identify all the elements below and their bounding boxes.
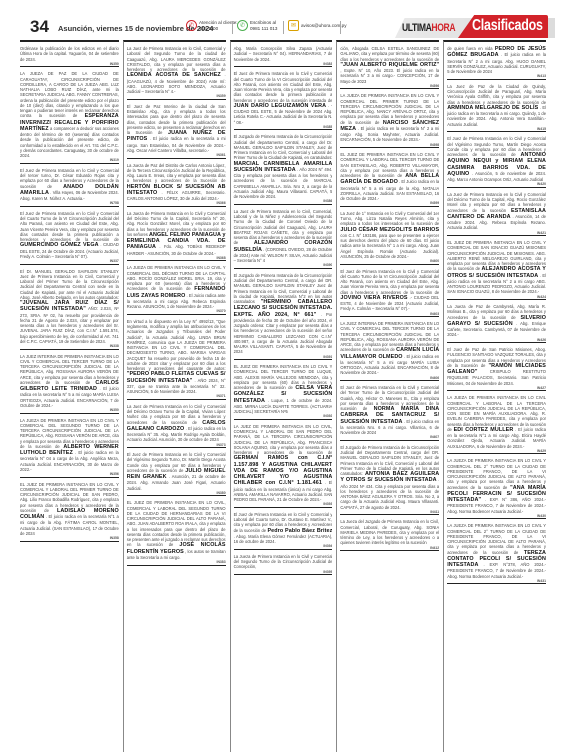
legal-notice: El Juzgado de Primera Instancia de la Ci… (234, 133, 333, 205)
email-contact[interactable]: ✉ avisos@uhora.com.py (288, 20, 347, 31)
legal-notice: La Jueza de Primera Instancia en lo Civi… (127, 210, 226, 262)
notice-code: IN407 (340, 435, 439, 441)
notice-code: IN358 (20, 536, 119, 542)
notice-code: IN392 (234, 414, 333, 420)
notice-body: ción, Abogada CELSA ESTELA SANGUINEZ DE … (340, 46, 439, 62)
contact-label: Escribinos al (250, 20, 276, 25)
notice-code: IN366 (127, 201, 226, 207)
notice-body: con C.I. N° 193186, para que se presente… (340, 233, 439, 259)
legal-notice: La Juez de Primera Instancia en lo Civil… (234, 208, 333, 269)
notice-code: IN383 (234, 62, 333, 68)
legal-notice: El Juzgado de Primera Instancia de la Ci… (234, 272, 333, 360)
notice-code: IN373 (127, 443, 226, 449)
notice-code: IN368 (127, 256, 226, 262)
column-3: Abg. María Concepción Silva Zapata (Actu… (230, 40, 333, 752)
customer-service-contact[interactable]: ✆ Atención al cliente:415 7000 (186, 20, 238, 31)
column-4: ción, Abogada CELSA ESTELA SANGUINEZ DE … (336, 40, 439, 752)
notice-code: IN431 (447, 579, 546, 585)
notice-code: IN412 (340, 546, 439, 552)
notice-code: IN386 (234, 199, 333, 205)
notice-code: IN383 (127, 560, 226, 566)
notice-code: IN337 (20, 259, 119, 265)
whatsapp-contact[interactable]: ✆ Escribinos al0981 111 013 (237, 20, 277, 31)
legal-notice: La Jueza de Primera Instancia en lo Civi… (234, 553, 333, 575)
legal-notice: El Juzgado de Primera Instancia de la Ci… (340, 444, 439, 516)
notice-code: IN420 (447, 182, 546, 188)
divider (232, 21, 233, 34)
notice-body: de quien fuera en vida (447, 46, 492, 51)
legal-notice: LA JUEZ INTERINA DE PRIMERA INSTANCIA EN… (340, 320, 439, 381)
notice-body: La Jueza de Primera Instancia en lo Civi… (234, 554, 333, 570)
legal-notice: Abg. María Concepción Silva Zapata (Actu… (234, 45, 333, 67)
legal-notice: LA JUEZA DE PRIMERA INSTANCIA EN LO CIVI… (20, 417, 119, 478)
notice-code: IN370 (127, 309, 226, 315)
legal-notice: LA JUEZA DE PRIMERA INSTANCIA EN LO CIVI… (340, 92, 439, 148)
contact-value: 0981 111 013 (250, 26, 277, 31)
notice-code: IN415 (447, 127, 546, 133)
notice-code: IN413 (447, 74, 546, 80)
notice-code: IN350 (20, 408, 119, 414)
legal-notice: La Juez de Primera Instancia en lo Civil… (447, 191, 546, 236)
legal-notice: LA JUEZA DE PRIMERA INSTANCIA EN LO CIVI… (127, 264, 226, 315)
notice-body: La Juez de Paz de la Ciudad de Quindy, C… (447, 84, 546, 105)
legal-notice: La Juez de Primera Instancia en lo Civil… (127, 403, 226, 448)
column-2: La Juez de Primera Instancia en lo Civil… (123, 40, 226, 752)
notice-code: IN398 (340, 143, 439, 149)
page-header: 34 Asunción, viernes 15 de noviembre de … (0, 0, 580, 40)
legal-notice: EL JUEZ DE PRIMERA INSTANCIA EN LO CIVIL… (447, 239, 546, 300)
classifieds-columns: Ordénase la publicación de los edictos e… (20, 40, 546, 752)
notice-code: IN359 (127, 94, 226, 100)
notice-body: El Dr. MANUEL GERALDO SAIFILDIN STANLEY … (20, 269, 119, 300)
notice-code: IN319 (20, 158, 119, 164)
notice-code: IN426 (447, 338, 546, 344)
divider (283, 21, 284, 34)
legal-notice: El Juez de Paz Interino de la ciudad de … (127, 103, 226, 159)
deceased-name: ARMINDA MELGAREJO DE SOLÍS (447, 105, 538, 111)
notice-code: IN430 (447, 514, 546, 520)
legal-notice: El Juez de Paz de San Patricio Misiones,… (447, 346, 546, 391)
divider (340, 21, 341, 34)
legal-notice: LA JUEZ INTERINA DE PRIMERA INSTANCIA EN… (20, 353, 119, 414)
legal-notice: LA JUEZ DE PRIMERA INSTANCIA EN LO CIVIL… (234, 423, 333, 508)
legal-notice: La Jueza de Paz de Cambyretá, Abg. María… (447, 303, 546, 343)
legal-notice: LA JUEZA DE PRIMERA INSTANCIA EN LO CIVI… (447, 457, 546, 519)
notice-body: , Expte. N° 10, Año 2023. El juicio radi… (340, 68, 439, 84)
legal-notice: La Jueza del Juzgado de Primera Instanci… (340, 518, 439, 551)
column-1: Ordénase la publicación de los edictos e… (20, 40, 119, 752)
notice-code: IN371 (127, 394, 226, 400)
legal-notice: EL JUEZ DE PRIMERA INSTANCIA EN LO CIVIL… (234, 363, 333, 420)
legal-notice: El Juez de Primera Instancia en lo Civil… (127, 451, 226, 496)
deceased-name: GUMERCINDO GÓMEZ VEGA (20, 242, 99, 248)
legal-notice: La Juez de 1° Instancia en lo Civil y Co… (340, 210, 439, 265)
notice-body: El Juez de Primera Instancia en lo Civil… (340, 269, 439, 295)
legal-notice: El Juez de Primera Instancia en lo Civil… (340, 384, 439, 441)
legal-notice: ción, Abogada CELSA ESTELA SANGUINEZ DE … (340, 45, 439, 89)
column-5: de quien fuera en vida PEDRO DE JESÚS GÓ… (443, 40, 546, 752)
notice-body: El Juzgado de Primera Instancia de la Ci… (234, 134, 333, 160)
notice-body: Abg. María Concepción Silva Zapata (Actu… (234, 46, 333, 62)
deceased-name: GERMAN RAMOS con C.I.N° 1.157.898 Y AGUS… (234, 455, 333, 486)
deceased-name: JOVINO VIERA RIVEROS (340, 295, 407, 301)
mail-icon: ✉ (288, 20, 299, 31)
notice-body: La Jueza de Paz del Distrito de Carlos A… (127, 163, 226, 184)
legal-notice: El Juez de Primera Instancia en lo Civil… (234, 70, 333, 130)
notice-code: IN395 (234, 570, 333, 576)
notice-code: IN338 (20, 344, 119, 350)
notice-body: . Por providencia de fecha 30 de Octubre… (234, 312, 333, 355)
notice-code: IN394 (234, 544, 333, 550)
legal-notice: EL JUEZ DE PRIMERA INSTANCIA EN LO CIVIL… (340, 151, 439, 207)
notice-body: AÑO: 2.024, Nº 273, SRIA. Nº 02, ha resu… (20, 306, 119, 344)
notice-code: IN758 (20, 201, 119, 207)
notice-code: IN356 (20, 472, 119, 478)
legal-notice: LA JUEZA DE PAZ DE LA CIUDAD DE CARAGUAT… (20, 70, 119, 164)
notice-body: . Abog. María Elena Gómez Fernández (ACT… (234, 534, 333, 544)
legal-notice: Ordénase la publicación de los edictos e… (20, 45, 119, 67)
notice-code: IN424 (447, 295, 546, 301)
page-number: 34 (30, 17, 49, 37)
deceased-name: JULIO CÉSAR MEZGOLITS BARRIOS (340, 227, 439, 233)
legal-notice: El Juez de Primera Instancia en lo Civil… (20, 210, 119, 265)
phone-icon: ✆ (186, 20, 197, 31)
notice-body: LA JUEZ DE PRIMERA INSTANCIA EN LO CIVIL… (234, 424, 333, 455)
deceased-name: LEONIDA ACOSTA DE SANCHEZ (127, 72, 221, 78)
notice-code: IN396 (340, 84, 439, 90)
notice-code: IN411 (340, 510, 439, 516)
legal-notice: LA JUEZA DE PRIMERA INSTANCIA EN LO CIVI… (447, 394, 546, 454)
notice-code: IN385 (234, 125, 333, 131)
notice-body: LA JUEZA DE PAZ DE LA CIUDAD DE CARAGUAT… (20, 71, 119, 118)
notice-body: En virtud a lo dispuesto en la Ley N° 49… (127, 319, 226, 371)
notice-body: El Juez de Primera Instancia en lo Civil… (234, 71, 333, 102)
legal-notice: La Juez de Paz de la Ciudad de Quindy, C… (447, 83, 546, 133)
notice-code: IN391 (234, 355, 333, 361)
notice-code: IN421 (447, 231, 546, 237)
notice-code: IN361 (127, 153, 226, 159)
notice-code: IN390 (234, 263, 333, 269)
deceased-name: Pedro Pablo Báez Britez (267, 528, 332, 534)
whatsapp-icon: ✆ (237, 20, 248, 31)
legal-notice: En virtud a lo dispuesto en la Ley N° 49… (127, 318, 226, 400)
legal-notice: El Juez de Primera Instancia en lo Civil… (447, 135, 546, 188)
notice-code: IN350 (20, 62, 119, 68)
section-title: Clasificados (472, 17, 543, 35)
notice-body: EL JUEZ DE PRIMERA INSTANCIA EN LO CIVIL… (127, 500, 226, 547)
notice-code: IN399 (340, 201, 439, 207)
notice-body: El Juez de Primera Instancia en lo Civil… (20, 211, 119, 242)
notice-body: Ordénase la publicación de los edictos e… (20, 46, 119, 62)
legal-notice: de quien fuera en vida PEDRO DE JESÚS GÓ… (447, 45, 546, 80)
notice-code: IN400 (340, 259, 439, 265)
legal-notice: La Jueza de Paz del Distrito de Carlos A… (127, 162, 226, 207)
legal-notice: La Juez de Primera Instancia en lo Civil… (127, 45, 226, 100)
notice-code: IN429 (447, 449, 546, 455)
legal-notice: El Juez de Primera Instancia en lo Civil… (234, 511, 333, 550)
legal-notice: El Juez de Primera Instancia en lo Civil… (20, 167, 119, 207)
deceased-name: "JUAN ALBERTO RIQUELME ORTIZ" (340, 62, 439, 68)
legal-notice: LA JUEZA DE PRIMERA INSTANCIA EN LO CIVI… (447, 522, 546, 584)
legal-notice: EL JUEZ DE PRIMERA INSTANCIA EN LO CIVIL… (20, 481, 119, 542)
notice-code: IN427 (447, 386, 546, 392)
notice-code: IN403 (340, 312, 439, 318)
newspaper-logo: ULTIMAHORA (402, 22, 455, 34)
notice-body: . El juicio radica en la secretaría N° 2… (340, 126, 439, 143)
deceased-name: EDI CORTEZ MULLER (454, 427, 514, 433)
notice-body: La Juez de Primera Instancia en lo Civil… (127, 46, 226, 72)
notice-body: La Jueza del Juzgado de Primera Instanci… (340, 519, 439, 545)
notice-code: IN406 (340, 376, 439, 382)
legal-notice: El Juez de Primera Instancia en lo Civil… (340, 268, 439, 318)
notice-code: IN393 (234, 502, 333, 508)
notice-code: IN380 (127, 491, 226, 497)
legal-notice: EL JUEZ DE PRIMERA INSTANCIA EN LO CIVIL… (127, 499, 226, 565)
contact-value: 415 7000 (199, 26, 218, 31)
legal-notice: El Dr. MANUEL GERALDO SAIFILDIN STANLEY … (20, 268, 119, 350)
notice-body: La Juez de 1° Instancia en lo Civil y Co… (340, 211, 439, 227)
deceased-name: JUAN DARÍO LEGUIZAMÓN VERA (234, 103, 327, 109)
